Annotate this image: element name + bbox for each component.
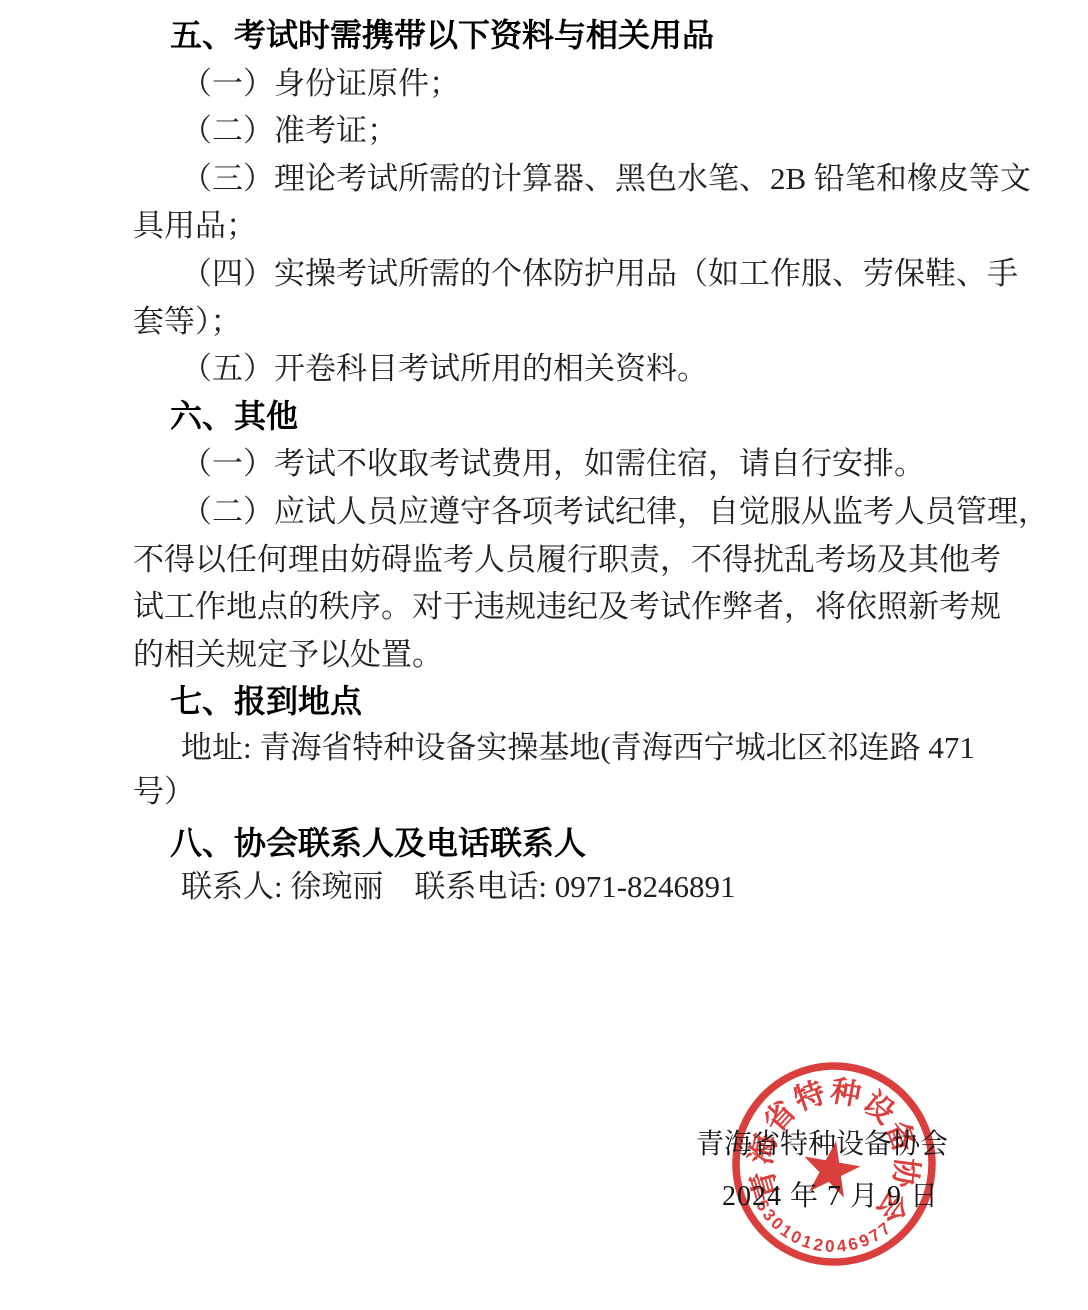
section-5-heading: 五、考试时需携带以下资料与相关用品: [170, 12, 1088, 60]
section-6-item-2-continued: 不得以任何理由妨碍监考人员履行职责，不得扰乱考场及其他考: [133, 536, 1088, 584]
list-item-4-continued: 套等）；: [133, 298, 1088, 346]
signature-date: 2024 年 7 月 9 日: [722, 1174, 939, 1214]
list-item-4: （四）实操考试所需的个体防护用品（如工作服、劳保鞋、手: [181, 250, 1088, 298]
section-6-heading: 六、其他: [170, 393, 1088, 441]
document-page: 五、考试时需携带以下资料与相关用品 （一）身份证原件； （二）准考证； （三）理…: [0, 0, 1088, 1310]
signature-organization: 青海省特种设备协会: [696, 1122, 948, 1162]
section-6-item-2: （二）应试人员应遵守各项考试纪律，自觉服从监考人员管理，: [181, 488, 1088, 536]
contact-line: 联系人: 徐琬丽 联系电话: 0971-8246891: [181, 866, 1088, 908]
section-6-item-2-continued: 试工作地点的秩序。对于违规违纪及考试作弊者，将依照新考规: [133, 583, 1088, 631]
address-line: 地址: 青海省特种设备实操基地(青海西宁城北区祁连路 471: [181, 726, 1088, 770]
section-6-item-1: （一）考试不收取考试费用，如需住宿，请自行安排。: [181, 440, 1088, 488]
list-item-3-continued: 具用品；: [133, 202, 1088, 250]
section-8-heading: 八、协会联系人及电话联系人: [170, 820, 1088, 866]
list-item-5: （五）开卷科目考试所用的相关资料。: [181, 345, 1088, 393]
section-7-heading: 七、报到地点: [170, 678, 1088, 726]
list-item-2: （二）准考证；: [181, 107, 1088, 155]
address-line-continued: 号）: [133, 770, 1088, 814]
section-6-item-2-continued: 的相关规定予以处置。: [133, 631, 1088, 679]
list-item-1: （一）身份证原件；: [181, 60, 1088, 108]
list-item-3: （三）理论考试所需的计算器、黑色水笔、2B 铅笔和橡皮等文: [181, 155, 1088, 203]
official-seal-stamp: 青海省特种设备协会 6301012046977: [721, 1051, 947, 1277]
document-body: 五、考试时需携带以下资料与相关用品 （一）身份证原件； （二）准考证； （三）理…: [0, 12, 1088, 908]
